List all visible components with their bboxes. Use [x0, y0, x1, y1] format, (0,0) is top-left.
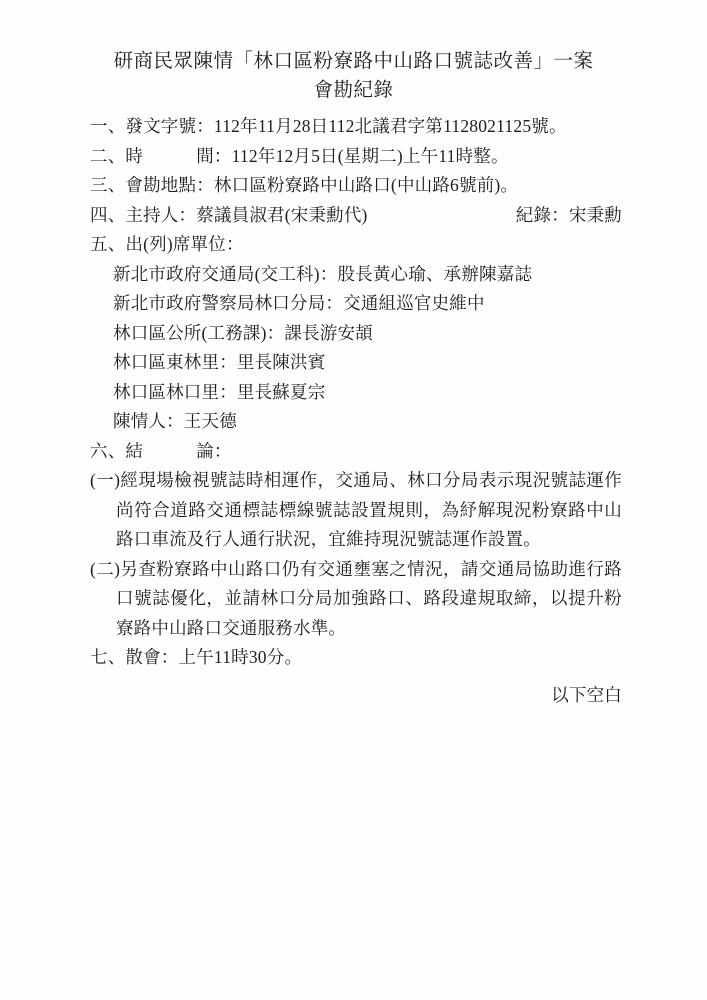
- line-conclusion-heading: 六、結 論：: [90, 437, 622, 467]
- item-colon: ：: [179, 205, 197, 225]
- item-colon: ：: [226, 234, 244, 254]
- item-label: 出(列)席單位: [125, 234, 226, 254]
- chair-left: 四、主持人：蔡議員淑君(宋秉勳代): [90, 201, 368, 231]
- recorder-colon: ：: [551, 205, 569, 225]
- attendee-row: 新北市政府交通局(交工科)：股長黃心瑜、承辦陳嘉誌: [90, 260, 622, 290]
- paragraph-prefix: (二): [90, 559, 120, 579]
- item-no: 五、: [90, 234, 125, 254]
- item-label: 會勘地點: [125, 175, 196, 195]
- attendee-row: 林口區東林里：里長陳洪賓: [90, 348, 622, 378]
- item-value: 112年11月28日112北議君字第1128021125號。: [214, 116, 567, 136]
- item-label: 主持人: [125, 205, 178, 225]
- item-no: 七、: [90, 647, 125, 667]
- item-no: 四、: [90, 205, 125, 225]
- document-title: 研商民眾陳情「林口區粉寮路中山路口號誌改善」一案: [0, 47, 707, 76]
- item-label: 發文字號: [125, 116, 196, 136]
- document-subtitle: 會勘紀錄: [0, 76, 707, 105]
- item-label: 時 間: [125, 146, 214, 166]
- title-block: 研商民眾陳情「林口區粉寮路中山路口號誌改善」一案 會勘紀錄: [0, 47, 707, 105]
- paragraph-prefix: (一): [90, 470, 120, 490]
- document-body: 一、發文字號：112年11月28日112北議君字第1128021125號。 二、…: [90, 112, 622, 710]
- attendee-row: 陳情人：王天德: [90, 407, 622, 437]
- document-page: 研商民眾陳情「林口區粉寮路中山路口號誌改善」一案 會勘紀錄 一、發文字號：112…: [0, 0, 707, 1000]
- line-chair: 四、主持人：蔡議員淑君(宋秉勳代)紀錄：宋秉勳: [90, 201, 622, 231]
- line-issue-number: 一、發文字號：112年11月28日112北議君字第1128021125號。: [90, 112, 622, 142]
- line-attending-units: 五、出(列)席單位：: [90, 230, 622, 260]
- conclusion-paragraph-2: (二)另查粉寮路中山路口仍有交通壅塞之情況，請交通局協助進行路口號誌優化，並請林…: [90, 555, 622, 644]
- item-value: 散會：上午11時30分。: [125, 647, 302, 667]
- line-time: 二、時 間：112年12月5日(星期二)上午11時整。: [90, 142, 622, 172]
- attendee-row: 林口區公所(工務課)：課長游安頡: [90, 319, 622, 349]
- conclusion-paragraph-1: (一)經現場檢視號誌時相運作，交通局、林口分局表示現況號誌運作尚符合道路交通標誌…: [90, 466, 622, 555]
- recorder: 紀錄：宋秉勳: [516, 201, 622, 231]
- item-value: 112年12月5日(星期二)上午11時整。: [232, 146, 509, 166]
- item-no: 一、: [90, 116, 125, 136]
- attendee-row: 新北市政府警察局林口分局：交通組巡官史維中: [90, 289, 622, 319]
- item-colon: ：: [196, 175, 214, 195]
- recorder-name: 宋秉勳: [569, 205, 622, 225]
- item-no: 二、: [90, 146, 125, 166]
- recorder-label: 紀錄: [516, 205, 551, 225]
- line-location: 三、會勘地點：林口區粉寮路中山路口(中山路6號前)。: [90, 171, 622, 201]
- attendee-row: 林口區林口里：里長蘇夏宗: [90, 378, 622, 408]
- item-label: 結 論: [125, 441, 214, 461]
- item-value: 林口區粉寮路中山路口(中山路6號前)。: [214, 175, 518, 195]
- item-colon: ：: [214, 441, 232, 461]
- paragraph-text: 另查粉寮路中山路口仍有交通壅塞之情況，請交通局協助進行路口號誌優化，並請林口分局…: [116, 559, 622, 638]
- item-colon: ：: [214, 146, 232, 166]
- paragraph-text: 經現場檢視號誌時相運作，交通局、林口分局表示現況號誌運作尚符合道路交通標誌標線號…: [116, 470, 622, 549]
- blank-below-notice: 以下空白: [90, 681, 622, 711]
- item-value: 蔡議員淑君(宋秉勳代): [196, 205, 367, 225]
- item-colon: ：: [196, 116, 214, 136]
- line-adjournment: 七、散會：上午11時30分。: [90, 643, 622, 673]
- item-no: 三、: [90, 175, 125, 195]
- item-no: 六、: [90, 441, 125, 461]
